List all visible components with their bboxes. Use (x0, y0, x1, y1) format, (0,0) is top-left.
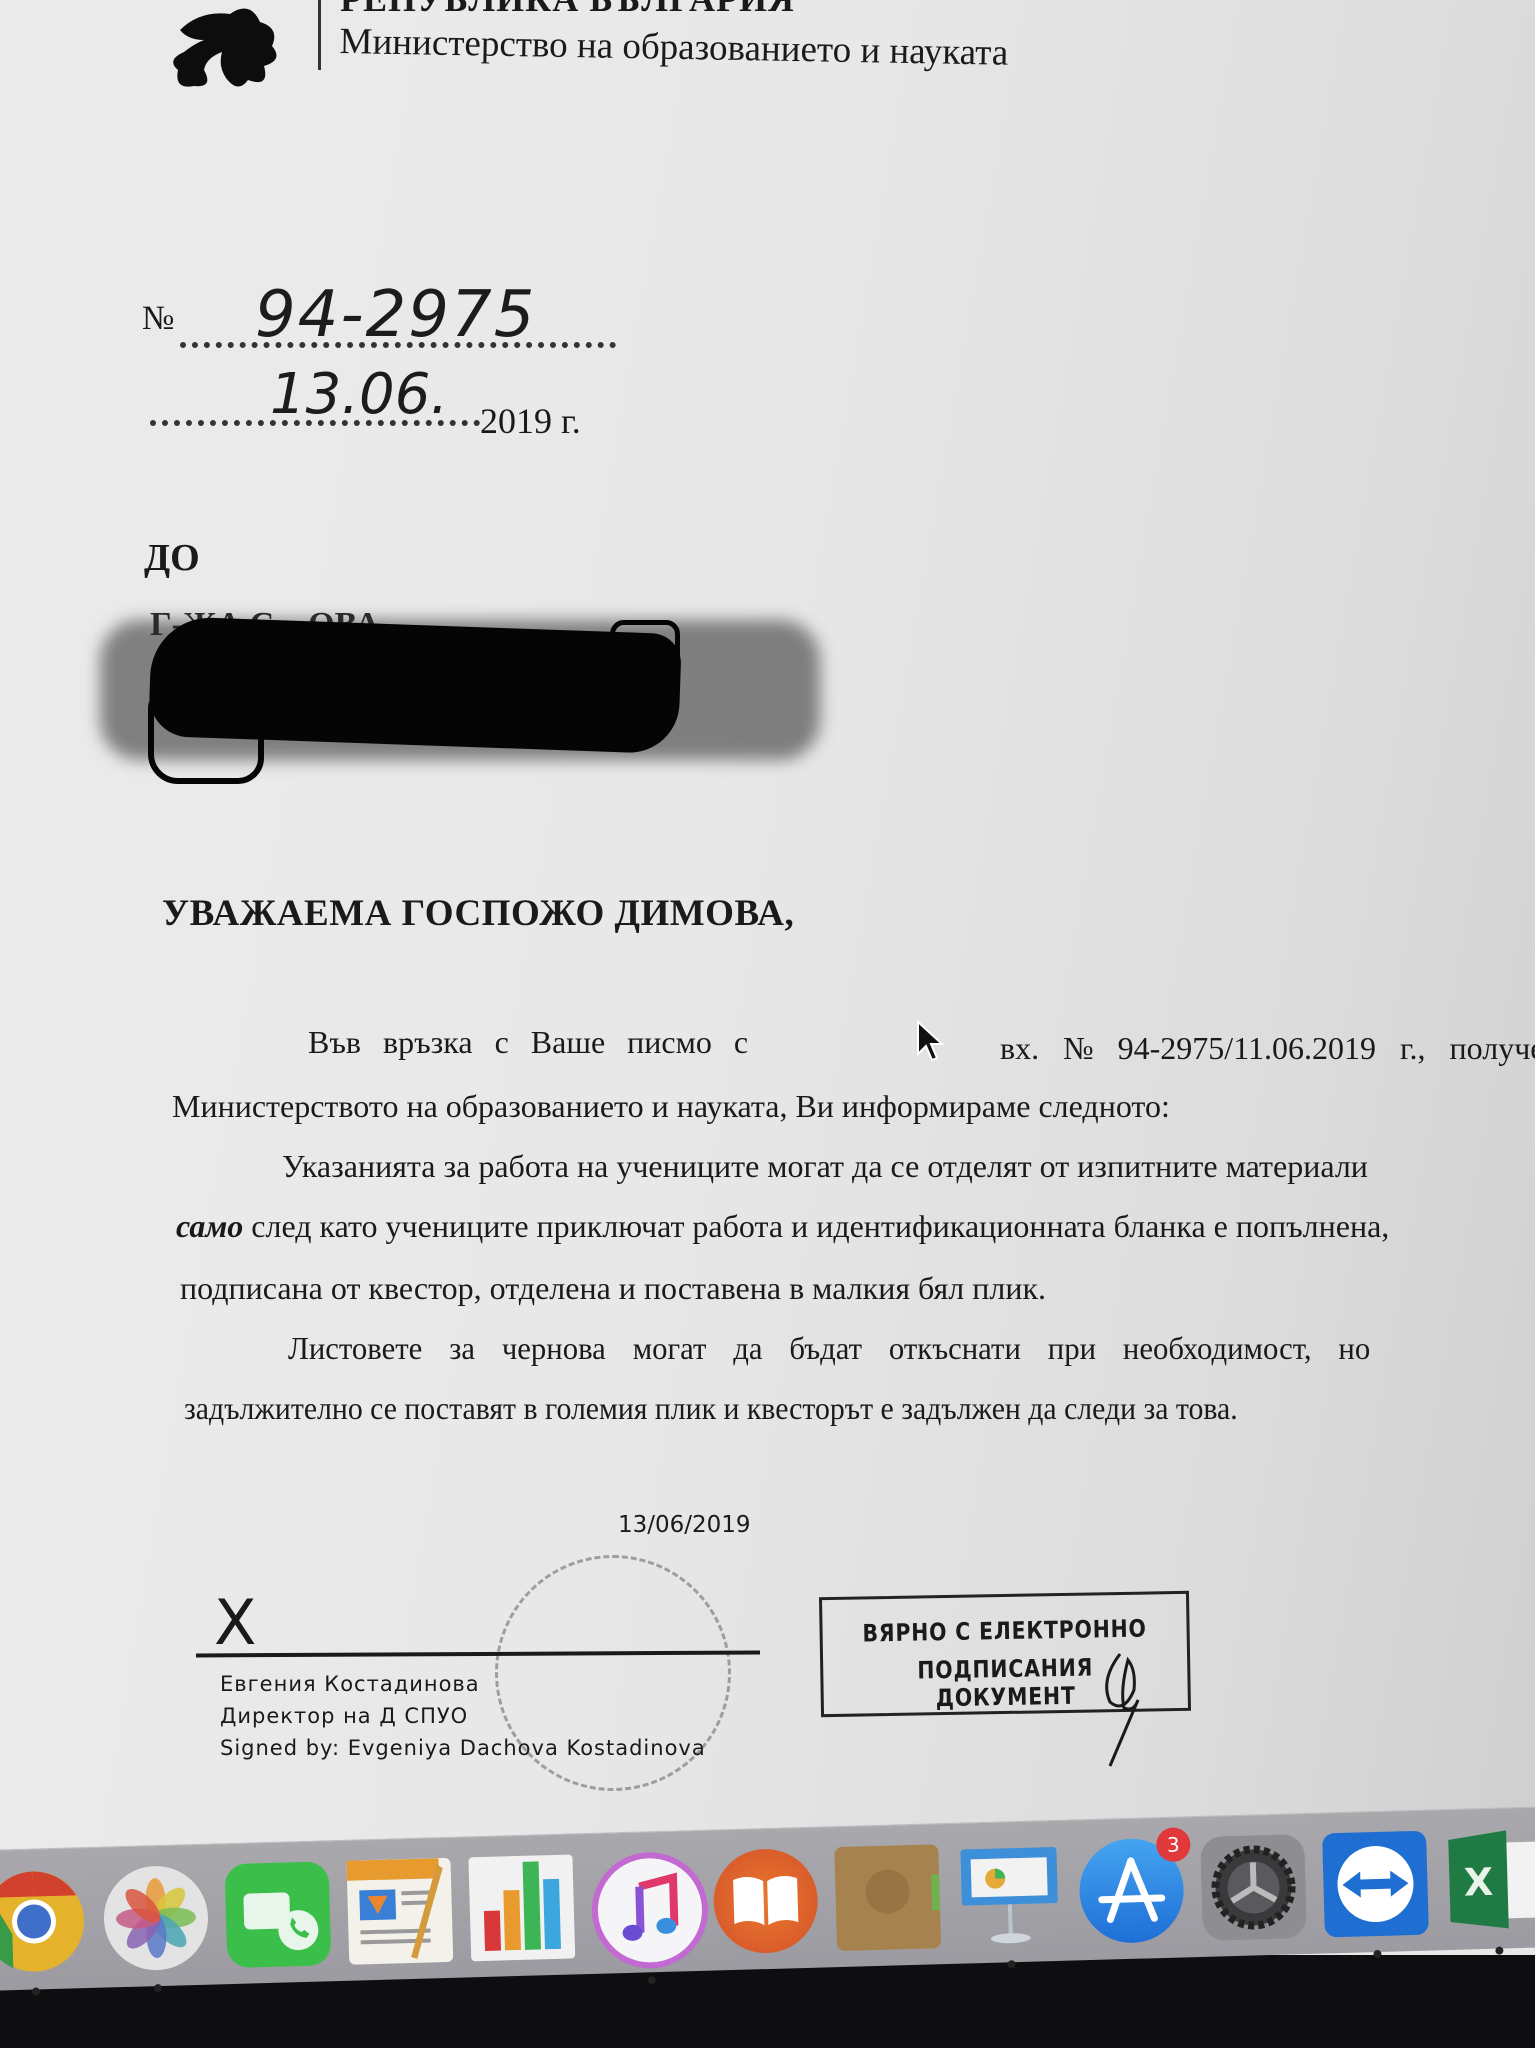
body-line: вх. № 94-2975/11.06.2019 г., получено (1000, 1030, 1535, 1067)
header-country: РЕПУБЛИКА БЪЛГАРИЯ (340, 0, 795, 20)
photos-icon (113, 1875, 199, 1961)
dock-item-facetime[interactable] (224, 1861, 331, 1968)
handwritten-signature (1090, 1650, 1150, 1770)
dock-item-contacts[interactable] (834, 1844, 941, 1951)
signer-role: Директор на Д СПУО (220, 1704, 468, 1728)
app-store-icon (1090, 1850, 1172, 1932)
facetime-icon (224, 1861, 331, 1968)
teamviewer-icon (1329, 1838, 1421, 1930)
dock-item-system-preferences[interactable] (1200, 1834, 1307, 1941)
header-divider (318, 0, 321, 70)
body-line: Листовете за чернова могат да бъдат откъ… (288, 1330, 1370, 1367)
notification-badge: 3 (1156, 1827, 1191, 1862)
signature-mark: X (214, 1586, 256, 1659)
pages-icon (346, 1858, 453, 1965)
body-line: само след като учениците приключат работ… (176, 1208, 1389, 1245)
signed-by: Signed by: Evgeniya Dachova Kostadinova (220, 1736, 706, 1760)
reg-date-year: 2019 г. (480, 400, 581, 442)
body-line: подписана от квестор, отделена и поставе… (180, 1270, 1046, 1307)
mouse-cursor-icon (916, 1020, 944, 1064)
body-line: Министерството на образованието и наукат… (172, 1088, 1170, 1125)
dock-item-keynote[interactable] (956, 1841, 1063, 1948)
excel-icon: X (1444, 1827, 1535, 1934)
dock-item-ibooks[interactable] (712, 1848, 819, 1955)
redaction-loop (610, 620, 680, 680)
lion-crest-icon (160, 0, 290, 96)
body-text: след като учениците приключат работа и и… (243, 1208, 1389, 1244)
redaction-loop (148, 690, 264, 784)
ibooks-icon (725, 1860, 807, 1942)
body-line: задължително се поставят в големия плик … (184, 1390, 1238, 1427)
contacts-icon (834, 1844, 941, 1951)
keynote-icon (956, 1841, 1063, 1948)
chrome-icon (0, 1868, 87, 1975)
dock-item-itunes[interactable] (590, 1851, 709, 1970)
stamp-line-1: ВЯРНО С ЕЛЕКТРОННО (850, 1614, 1160, 1647)
reg-date-handwritten: 13.06. (270, 362, 448, 427)
recipient-to-label: ДО (144, 536, 200, 580)
dock-item-photos[interactable] (103, 1865, 210, 1972)
body-line: Указанията за работа на учениците могат … (282, 1148, 1368, 1185)
itunes-icon (609, 1869, 691, 1951)
dock-item-teamviewer[interactable] (1322, 1831, 1429, 1938)
header-ministry: Министерство на образованието и науката (339, 20, 1008, 75)
body-line: Във връзка с Ваше писмо с (308, 1024, 748, 1061)
pdf-document-page: РЕПУБЛИКА БЪЛГАРИЯ Министерство на образ… (0, 0, 1535, 1870)
reg-number-label: № (142, 300, 174, 338)
dock-item-chrome[interactable] (0, 1868, 87, 1975)
dock-item-app-store[interactable]: 3 (1078, 1837, 1185, 1944)
dock-item-excel[interactable]: X (1444, 1827, 1535, 1934)
system-preferences-icon (1207, 1841, 1299, 1933)
dock-item-pages[interactable] (346, 1858, 453, 1965)
signer-name: Евгения Костадинова (220, 1672, 480, 1696)
dock-item-numbers[interactable] (468, 1854, 575, 1961)
reg-number-handwritten: 94-2975 (255, 278, 536, 352)
svg-text:X: X (1463, 1860, 1494, 1905)
emphasis-text: само (176, 1208, 243, 1244)
signature-date: 13/06/2019 (618, 1512, 751, 1538)
running-indicator (1495, 1947, 1503, 1955)
salutation: УВАЖАЕМА ГОСПОЖО ДИМОВА, (162, 892, 794, 935)
numbers-icon (468, 1854, 575, 1961)
